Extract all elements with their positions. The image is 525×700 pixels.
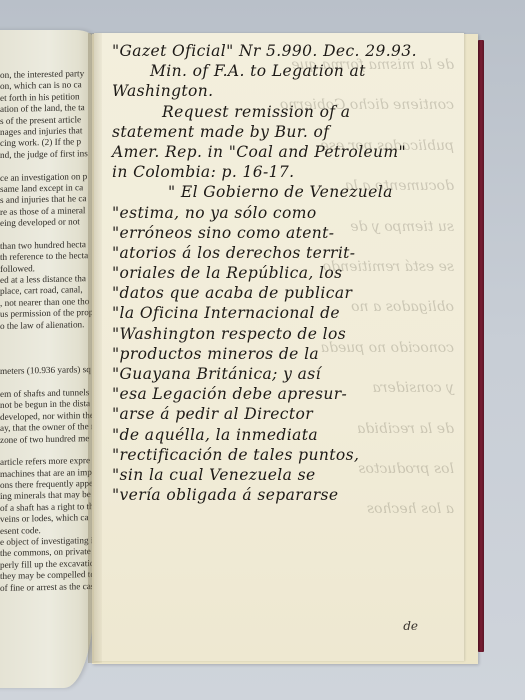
handwritten-line: "la Oficina Internacional de <box>112 303 457 323</box>
handwritten-line: in Colombia: p. 16-17. <box>112 162 457 182</box>
handwritten-line: Washington. <box>112 81 457 101</box>
handwritten-line: "Washington respecto de los <box>112 324 457 344</box>
handwritten-line: "erróneos sino como atent- <box>112 223 457 243</box>
printed-line: meters (10.936 yards) sq <box>0 363 94 377</box>
handwritten-line: "datos que acaba de publicar <box>112 283 457 303</box>
handwritten-line: "Guayana Británica; y así <box>112 364 457 384</box>
printed-line: o the law of alienation. <box>0 318 94 332</box>
printed-line: zone of two hundred me <box>0 432 94 446</box>
printed-line: veins or lodes, which ca <box>0 512 94 526</box>
handwritten-line: "sin la cual Venezuela se <box>112 465 457 485</box>
handwritten-line: Request remission of a <box>112 102 457 122</box>
handwritten-line: " El Gobierno de Venezuela <box>112 182 457 202</box>
handwritten-line: "oriales de la República, los <box>112 263 457 283</box>
handwritten-text-block: "Gazet Oficial" Nr 5.990. Dec. 29.93.Min… <box>112 41 457 505</box>
book-photo: on, the interested partyon, which can is… <box>0 0 525 700</box>
handwritten-line: "arse á pedir al Director <box>112 404 457 424</box>
handwritten-line: Min. of F.A. to Legation at <box>112 61 457 81</box>
book-gutter-shadow <box>88 33 102 663</box>
handwritten-line: "Gazet Oficial" Nr 5.990. Dec. 29.93. <box>112 41 457 61</box>
handwritten-line: "rectificación de tales puntos, <box>112 445 457 465</box>
catchword: de <box>403 619 418 633</box>
bleed-through-line: a los hechos <box>124 499 454 539</box>
handwritten-line: "atorios á los derechos territ- <box>112 243 457 263</box>
handwritten-line: "productos mineros de la <box>112 344 457 364</box>
handwritten-line: "estima, no ya sólo como <box>112 203 457 223</box>
manuscript-right-page: de la misma forma quecontiene dicho Gobi… <box>94 33 464 661</box>
printed-line: of fine or arrest as the case <box>0 580 94 594</box>
printed-text-block: on, the interested partyon, which can is… <box>0 67 94 594</box>
handwritten-line: Amer. Rep. in "Coal and Petroleum" <box>112 142 457 162</box>
handwritten-line: "vería obligada á separarse <box>112 485 457 505</box>
printed-line: th reference to the hecta <box>0 250 94 264</box>
handwritten-line: "esa Legación debe apresur- <box>112 384 457 404</box>
printed-left-page: on, the interested partyon, which can is… <box>0 30 94 688</box>
handwritten-line: statement made by Bur. of <box>112 122 457 142</box>
handwritten-line: "de aquélla, la inmediata <box>112 425 457 445</box>
printed-line: nd, the judge of first ins <box>0 147 94 161</box>
red-cover-edge <box>478 40 484 652</box>
